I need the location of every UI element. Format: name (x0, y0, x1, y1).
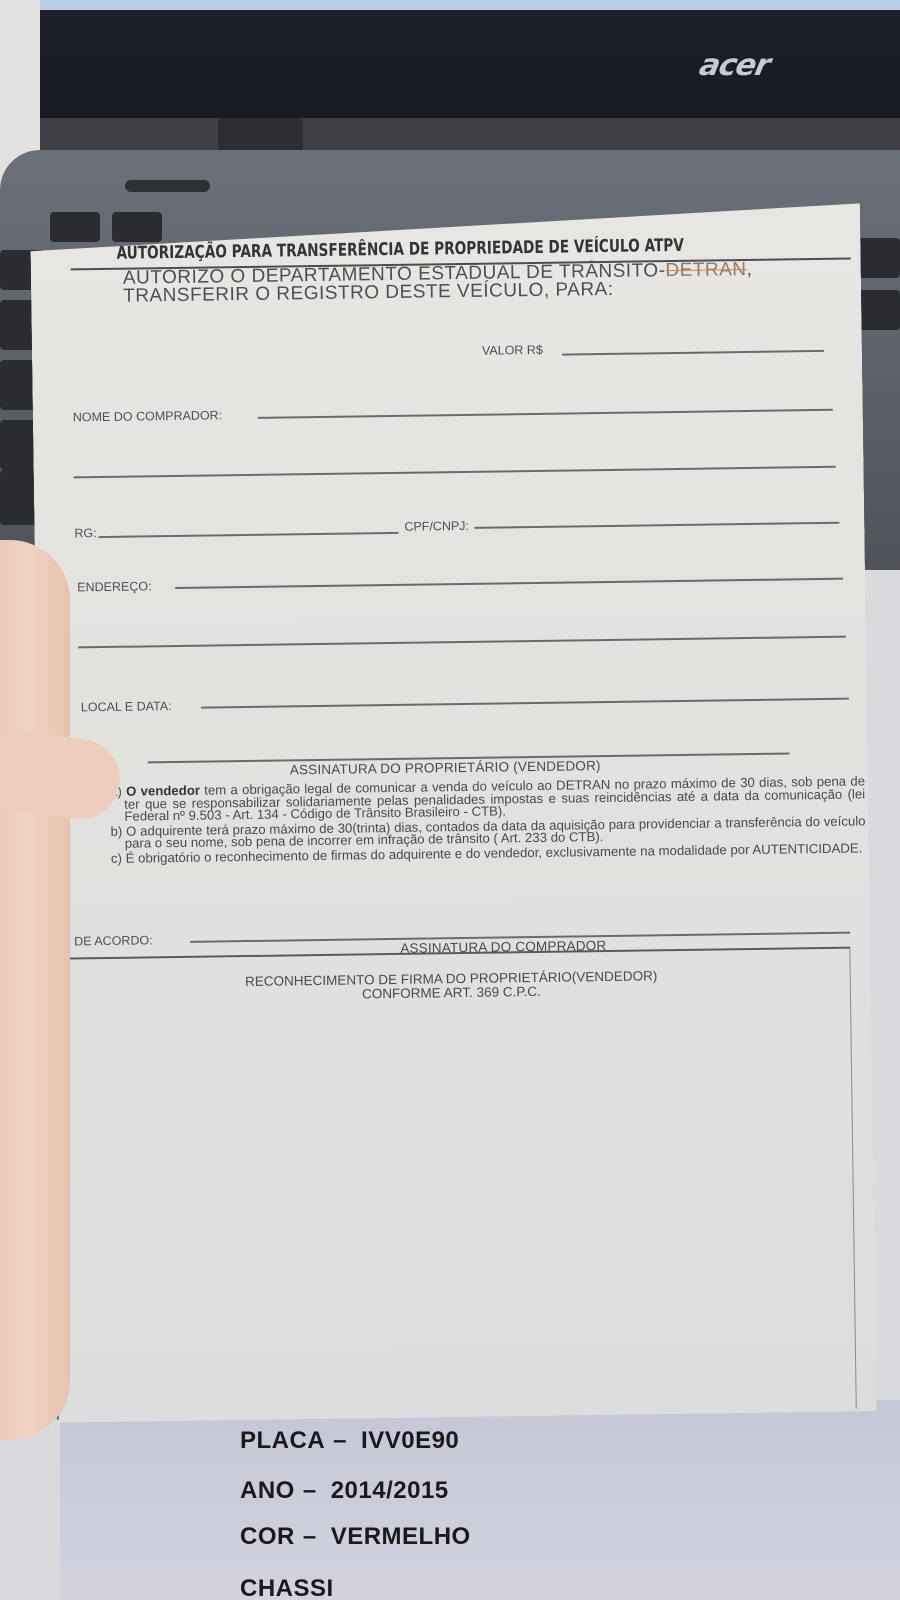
separator: – (303, 1523, 317, 1550)
legal-notes: a) O vendedor tem a obrigação legal de c… (110, 775, 866, 867)
notary-title-line2: CONFORME ART. 369 C.P.C. (362, 984, 541, 1001)
cor-value: VERMELHO (331, 1523, 471, 1550)
hand (0, 540, 70, 1440)
laptop-bezel (40, 10, 900, 130)
cpf-cnpj-label: CPF/CNPJ: (404, 519, 469, 534)
endereco-field[interactable] (175, 578, 843, 589)
rg-field[interactable] (98, 532, 398, 538)
placa-value: IVV0E90 (361, 1427, 459, 1454)
separator: – (303, 1477, 317, 1504)
keyboard-key (855, 290, 900, 330)
placa-label: PLACA (240, 1427, 325, 1454)
chassi-line-cut: CHASSI (240, 1575, 334, 1600)
authorization-comma: , (746, 259, 752, 280)
cor-label: COR (240, 1523, 295, 1550)
valor-label: VALOR R$ (482, 343, 543, 358)
rg-label: RG: (74, 526, 96, 540)
note-marker: b) (111, 823, 123, 838)
detran-crossed-out: DETRAN (665, 259, 746, 281)
note-marker: c) (111, 850, 122, 865)
nome-comprador-field[interactable] (258, 409, 833, 419)
valor-field[interactable] (562, 350, 824, 356)
nome-comprador-field-line2[interactable] (74, 466, 836, 479)
cpf-cnpj-field[interactable] (474, 522, 839, 529)
laptop-speaker-slot (125, 180, 210, 192)
laptop-brand-logo: acer (696, 48, 773, 83)
ano-value: 2014/2015 (331, 1477, 449, 1504)
de-acordo-label: DE ACORDO: (74, 933, 153, 948)
local-data-field[interactable] (201, 698, 849, 709)
vehicle-info-sheet (60, 1400, 900, 1600)
ano-label: ANO (240, 1477, 295, 1504)
atpv-form: AUTORIZAÇÃO PARA TRANSFERÊNCIA DE PROPRI… (30, 203, 877, 1422)
cor-line: COR–VERMELHO (240, 1523, 471, 1551)
seller-signature-caption: ASSINATURA DO PROPRIETÁRIO (VENDEDOR) (290, 758, 601, 777)
ano-line: ANO–2014/2015 (240, 1477, 449, 1505)
placa-line: PLACA–IVV0E90 (240, 1427, 459, 1455)
keyboard-key (112, 212, 162, 242)
separator: – (333, 1427, 347, 1454)
endereco-field-line2[interactable] (78, 636, 846, 649)
endereco-label: ENDEREÇO: (77, 579, 152, 594)
nome-comprador-label: NOME DO COMPRADOR: (73, 408, 222, 424)
local-data-label: LOCAL E DATA: (81, 699, 172, 714)
chassi-label: CHASSI (240, 1575, 334, 1600)
authorization-text: AUTORIZO O DEPARTAMENTO ESTADUAL DE TRÂN… (123, 261, 753, 306)
notary-box-title: RECONHECIMENTO DE FIRMA DO PROPRIETÁRIO(… (53, 967, 850, 1006)
keyboard-key (50, 212, 100, 242)
notary-recognition-box: RECONHECIMENTO DE FIRMA DO PROPRIETÁRIO(… (50, 947, 856, 1420)
